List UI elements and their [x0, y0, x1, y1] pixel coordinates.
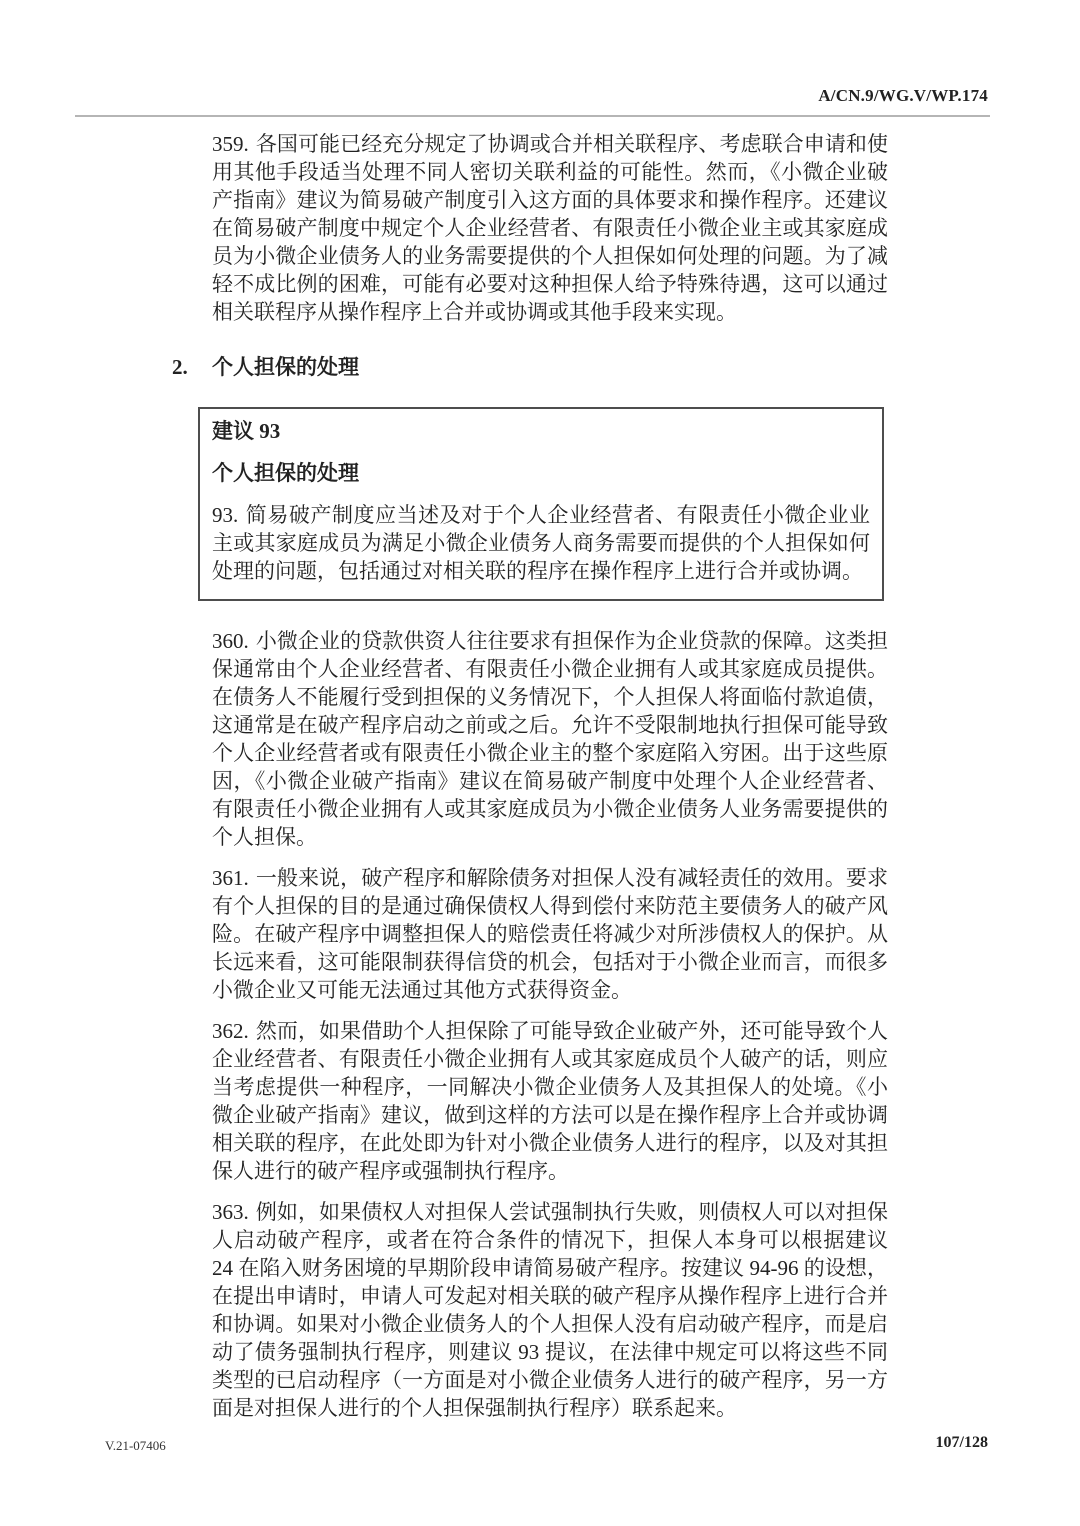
section-title: 个人担保的处理 — [212, 355, 359, 379]
footer-document-number: V.21-07406 — [105, 1438, 166, 1454]
recommendation-label: 建议 93 — [212, 417, 870, 445]
paragraph-number: 359. — [212, 132, 249, 156]
paragraph-359: 359.各国可能已经充分规定了协调或合并相关联程序、考虑联合申请和使用其他手段适… — [212, 130, 888, 326]
paragraph-text: 各国可能已经充分规定了协调或合并相关联程序、考虑联合申请和使用其他手段适当处理不… — [212, 132, 888, 324]
footer-page-number: 107/128 — [936, 1434, 988, 1452]
paragraph-text: 简易破产制度应当述及对于个人企业经营者、有限责任小微企业业主或其家庭成员为满足小… — [212, 503, 870, 583]
paragraph-text: 小微企业的贷款供资人往往要求有担保作为企业贷款的保障。这类担保通常由个人企业经营… — [212, 629, 888, 849]
header-divider — [75, 115, 990, 117]
paragraph-number: 362. — [212, 1019, 249, 1043]
document-body: 359.各国可能已经充分规定了协调或合并相关联程序、考虑联合申请和使用其他手段适… — [212, 130, 888, 1435]
document-symbol: A/CN.9/WG.V/WP.174 — [818, 86, 988, 106]
paragraph-text: 然而，如果借助个人担保除了可能导致企业破产外，还可能导致个人企业经营者、有限责任… — [212, 1019, 888, 1183]
section-number: 2. — [172, 353, 188, 381]
paragraph-361: 361.一般来说，破产程序和解除债务对担保人没有减轻责任的效用。要求有个人担保的… — [212, 864, 888, 1004]
paragraph-363: 363.例如，如果债权人对担保人尝试强制执行失败，则债权人可以对担保人启动破产程… — [212, 1198, 888, 1422]
paragraph-362: 362.然而，如果借助个人担保除了可能导致企业破产外，还可能导致个人企业经营者、… — [212, 1017, 888, 1185]
paragraph-number: 363. — [212, 1200, 249, 1224]
document-page: A/CN.9/WG.V/WP.174 359.各国可能已经充分规定了协调或合并相… — [0, 0, 1080, 1526]
paragraph-number: 360. — [212, 629, 249, 653]
paragraph-number: 93. — [212, 503, 238, 527]
paragraph-text: 例如，如果债权人对担保人尝试强制执行失败，则债权人可以对担保人启动破产程序，或者… — [212, 1200, 888, 1420]
paragraph-number: 361. — [212, 866, 249, 890]
paragraph-360: 360.小微企业的贷款供资人往往要求有担保作为企业贷款的保障。这类担保通常由个人… — [212, 627, 888, 851]
recommendation-box: 建议 93 个人担保的处理 93.简易破产制度应当述及对于个人企业经营者、有限责… — [198, 407, 884, 601]
paragraph-text: 一般来说，破产程序和解除债务对担保人没有减轻责任的效用。要求有个人担保的目的是通… — [212, 866, 888, 1002]
paragraph-93: 93.简易破产制度应当述及对于个人企业经营者、有限责任小微企业业主或其家庭成员为… — [212, 501, 870, 585]
recommendation-title: 个人担保的处理 — [212, 459, 870, 487]
section-heading: 2. 个人担保的处理 — [212, 353, 888, 381]
